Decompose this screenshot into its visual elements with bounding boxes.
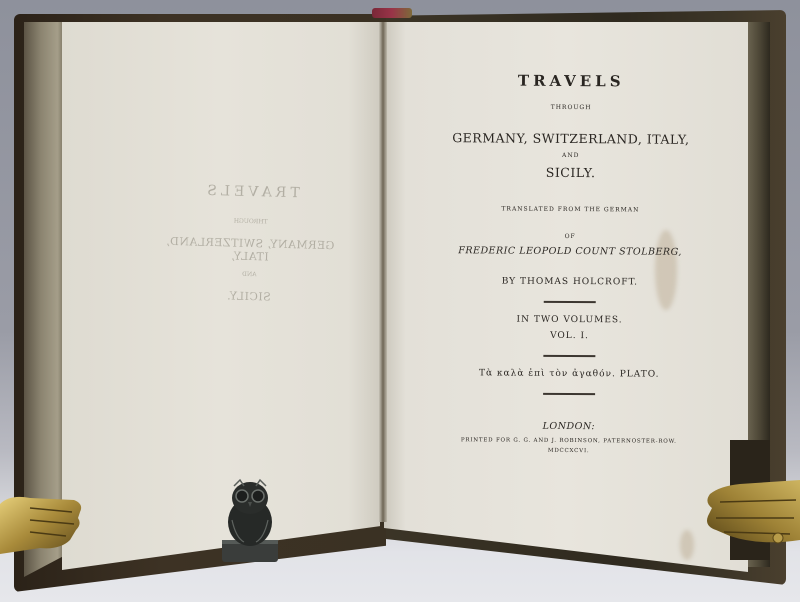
showthrough-countries: GERMANY, SWITZERLAND, ITALY, <box>150 234 351 265</box>
volumes-text: IN TWO VOLUMES. <box>430 314 710 326</box>
book-gutter <box>379 22 387 522</box>
city-text: LONDON: <box>429 420 709 433</box>
book-title: TRAVELS <box>431 71 711 91</box>
left-page-showthrough-text: TRAVELS THROUGH GERMANY, SWITZERLAND, IT… <box>148 181 351 313</box>
divider-rule <box>544 301 596 303</box>
and-text: AND <box>431 151 711 160</box>
of-text: OF <box>430 232 710 241</box>
divider-rule <box>543 355 595 357</box>
translated-text: TRANSLATED FROM THE GERMAN <box>430 205 710 214</box>
volume-number: VOL. I. <box>429 330 709 342</box>
book-headband <box>372 8 412 18</box>
year-text: MDCCXCVI. <box>429 447 709 455</box>
divider-rule <box>543 393 595 395</box>
foxing-stain <box>680 530 694 560</box>
through-text: THROUGH <box>431 103 711 112</box>
printer-text: PRINTED FOR G. G. AND J. ROBINSON, PATER… <box>429 437 709 445</box>
brass-hand-bookend-left <box>0 484 84 568</box>
countries-text: GERMANY, SWITZERLAND, ITALY, <box>431 130 711 147</box>
showthrough-sicily: SICILY. <box>149 287 349 305</box>
showthrough-and: AND <box>149 268 349 280</box>
sicily-text: SICILY. <box>431 164 711 181</box>
brass-hand-bookend-right <box>700 440 800 560</box>
translator-text: BY THOMAS HOLCROFT. <box>430 276 710 288</box>
author-text: FREDERIC LEOPOLD COUNT STOLBERG, <box>430 245 710 258</box>
stone-owl-figurine <box>220 476 280 564</box>
showthrough-through: THROUGH <box>151 215 351 227</box>
title-page-text: TRAVELS THROUGH GERMANY, SWITZERLAND, IT… <box>429 71 712 459</box>
epigraph-text: Τὰ καλὰ ἐπὶ τὸν ἀγαθόν. PLATO. <box>429 368 709 380</box>
